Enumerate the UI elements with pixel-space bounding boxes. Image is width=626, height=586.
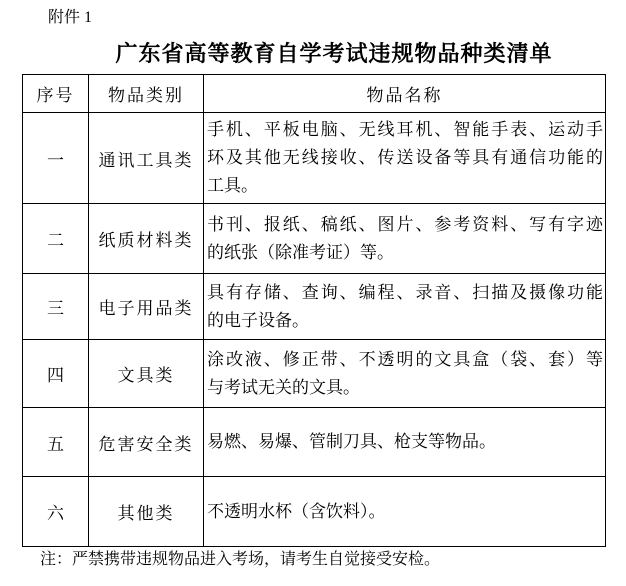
table-header-row: 序号 物品类别 物品名称 [23, 75, 606, 113]
document-page: 附件 1 广东省高等教育自学考试违规物品种类清单 序号 物品类别 物品名称 一 … [0, 0, 626, 586]
row-items: 手机、平板电脑、无线耳机、智能手表、运动手 环及其他无线接收、传送设备等具有通信… [204, 113, 606, 204]
items-line: 涂改液、修正带、不透明的文具盒（袋、套）等 [207, 346, 603, 374]
row-category: 危害安全类 [89, 408, 204, 477]
attachment-label: 附件 1 [48, 8, 92, 28]
footnote: 注：严禁携带违规物品进入考场，请考生自觉接受安检。 [40, 549, 440, 571]
row-index: 一 [23, 113, 89, 204]
items-line: 环及其他无线接收、传送设备等具有通信功能的 [207, 144, 603, 172]
row-items: 涂改液、修正带、不透明的文具盒（袋、套）等 与考试无关的文具。 [204, 340, 606, 408]
table-row: 五 危害安全类 易燃、易爆、管制刀具、枪支等物品。 [23, 408, 606, 477]
row-index: 六 [23, 477, 89, 547]
row-index: 五 [23, 408, 89, 477]
col-header-category: 物品类别 [89, 75, 204, 113]
items-line: 不透明水杯（含饮料）。 [207, 498, 603, 526]
items-line: 书刊、报纸、稿纸、图片、参考资料、写有字迹 [207, 211, 603, 239]
col-header-items: 物品名称 [204, 75, 606, 113]
items-line: 与考试无关的文具。 [207, 374, 603, 402]
row-index: 四 [23, 340, 89, 408]
row-items: 不透明水杯（含饮料）。 [204, 477, 606, 547]
row-category: 文具类 [89, 340, 204, 408]
row-category: 电子用品类 [89, 274, 204, 340]
table-row: 三 电子用品类 具有存储、查询、编程、录音、扫描及摄像功能 的电子设备。 [23, 274, 606, 340]
items-line: 的电子设备。 [207, 307, 603, 335]
row-items: 书刊、报纸、稿纸、图片、参考资料、写有字迹 的纸张（除准考证）等。 [204, 204, 606, 274]
items-line: 工具。 [207, 172, 603, 200]
table-row: 一 通讯工具类 手机、平板电脑、无线耳机、智能手表、运动手 环及其他无线接收、传… [23, 113, 606, 204]
table-row: 六 其他类 不透明水杯（含饮料）。 [23, 477, 606, 547]
items-line: 的纸张（除准考证）等。 [207, 239, 603, 267]
items-line: 手机、平板电脑、无线耳机、智能手表、运动手 [207, 116, 603, 144]
row-index: 二 [23, 204, 89, 274]
row-index: 三 [23, 274, 89, 340]
items-line: 具有存储、查询、编程、录音、扫描及摄像功能 [207, 279, 603, 307]
row-category: 通讯工具类 [89, 113, 204, 204]
row-items: 易燃、易爆、管制刀具、枪支等物品。 [204, 408, 606, 477]
table-row: 四 文具类 涂改液、修正带、不透明的文具盒（袋、套）等 与考试无关的文具。 [23, 340, 606, 408]
col-header-index: 序号 [23, 75, 89, 113]
items-line: 易燃、易爆、管制刀具、枪支等物品。 [207, 428, 603, 456]
row-category: 其他类 [89, 477, 204, 547]
prohibited-items-table: 序号 物品类别 物品名称 一 通讯工具类 手机、平板电脑、无线耳机、智能手表、运… [22, 74, 606, 547]
table-row: 二 纸质材料类 书刊、报纸、稿纸、图片、参考资料、写有字迹 的纸张（除准考证）等… [23, 204, 606, 274]
page-title: 广东省高等教育自学考试违规物品种类清单 [0, 41, 626, 67]
row-category: 纸质材料类 [89, 204, 204, 274]
row-items: 具有存储、查询、编程、录音、扫描及摄像功能 的电子设备。 [204, 274, 606, 340]
